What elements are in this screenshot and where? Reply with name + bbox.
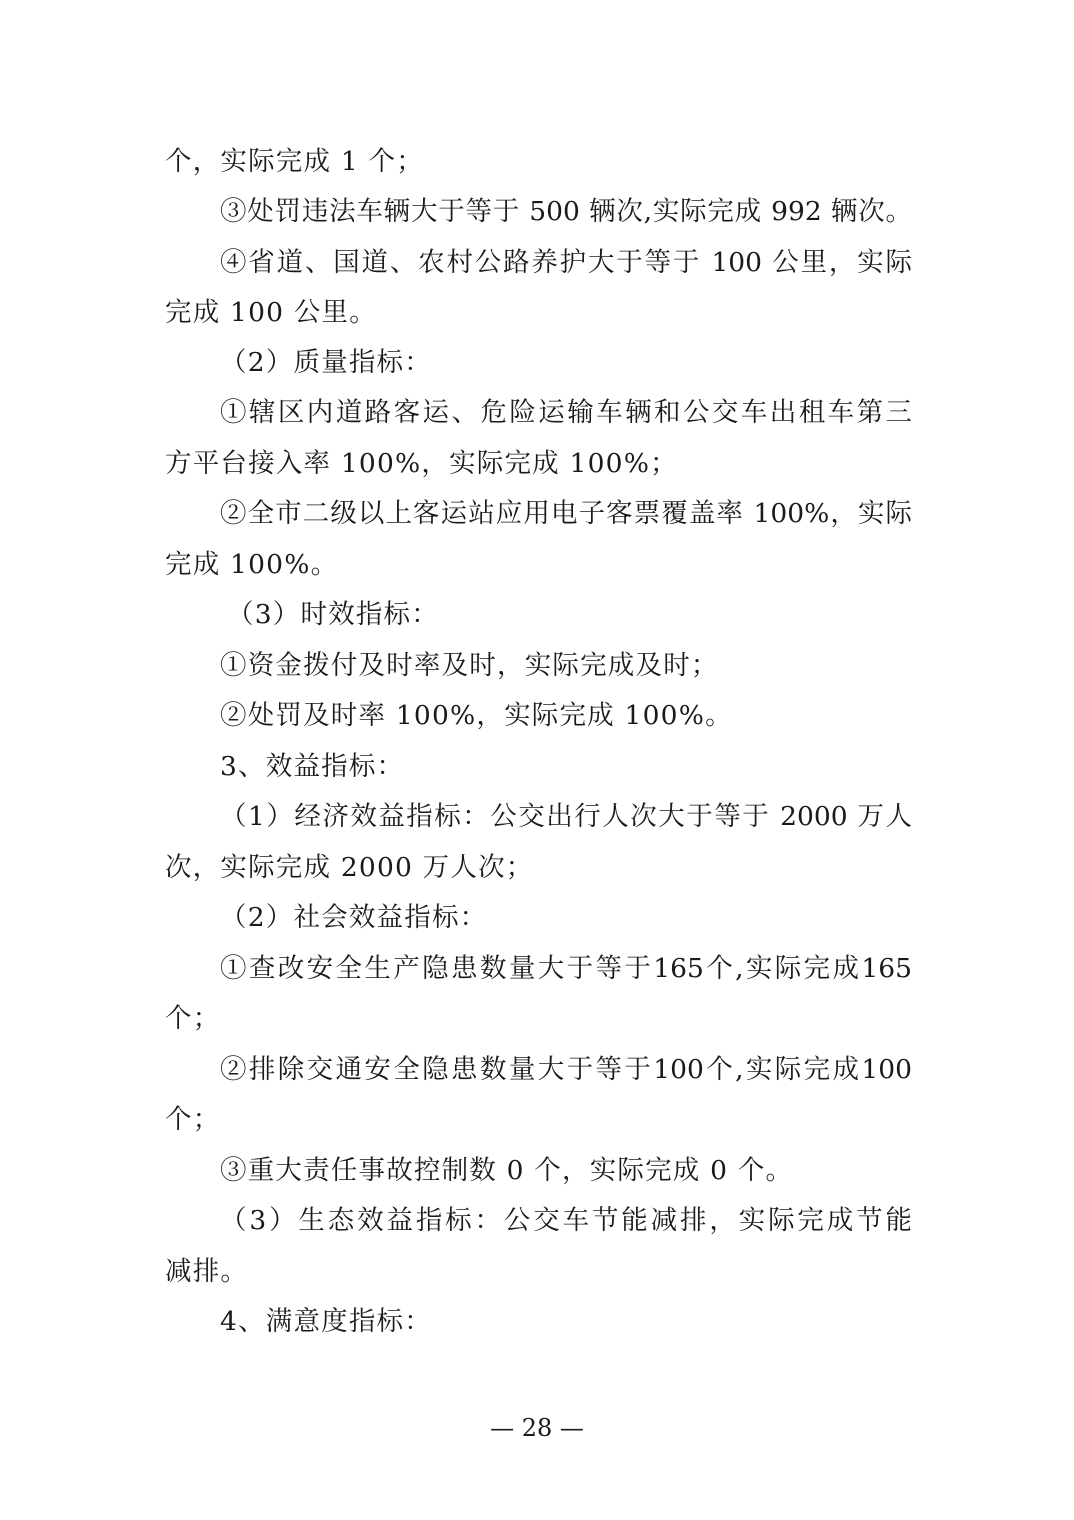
text-line: ①资金拨付及时率及时，实际完成及时； (220, 641, 968, 691)
section-heading: （3）时效指标： (227, 590, 975, 640)
text-line: 完成 100 公里。 (165, 288, 913, 338)
text-line: ③处罚违法车辆大于等于 500 辆次,实际完成 992 辆次。 (220, 187, 912, 237)
text-line: 个，实际完成 1 个； (165, 137, 913, 187)
text-line: ④省道、国道、农村公路养护大于等于 100 公里，实际 (220, 238, 912, 288)
text-line: ①查改安全生产隐患数量大于等于165个,实际完成165 (220, 944, 912, 994)
text-line: 方平台接入率 100%，实际完成 100%； (165, 439, 913, 489)
text-line: （1）经济效益指标：公交出行人次大于等于 2000 万人 (220, 792, 912, 842)
section-heading: （2）社会效益指标： (220, 893, 968, 943)
text-line: ②全市二级以上客运站应用电子客票覆盖率 100%，实际 (220, 489, 912, 539)
text-line: 个； (165, 994, 913, 1044)
text-line: ②排除交通安全隐患数量大于等于100个,实际完成100 (220, 1045, 912, 1095)
text-line: ①辖区内道路客运、危险运输车辆和公交车出租车第三 (220, 388, 912, 438)
text-line: 个； (165, 1095, 913, 1145)
text-line: （3）生态效益指标：公交车节能减排，实际完成节能 (220, 1196, 912, 1246)
text-line: 减排。 (165, 1247, 913, 1297)
page-number: — 28 — (0, 1410, 1074, 1446)
section-heading: （2）质量指标： (220, 338, 968, 388)
text-line: 完成 100%。 (165, 540, 913, 590)
text-line: ②处罚及时率 100%，实际完成 100%。 (220, 691, 968, 741)
document-page: 个，实际完成 1 个； ③处罚违法车辆大于等于 500 辆次,实际完成 992 … (0, 0, 1074, 1520)
section-heading: 4、满意度指标： (220, 1297, 968, 1347)
text-line: 次，实际完成 2000 万人次； (165, 843, 913, 893)
section-heading: 3、效益指标： (220, 742, 968, 792)
text-line: ③重大责任事故控制数 0 个，实际完成 0 个。 (220, 1146, 968, 1196)
